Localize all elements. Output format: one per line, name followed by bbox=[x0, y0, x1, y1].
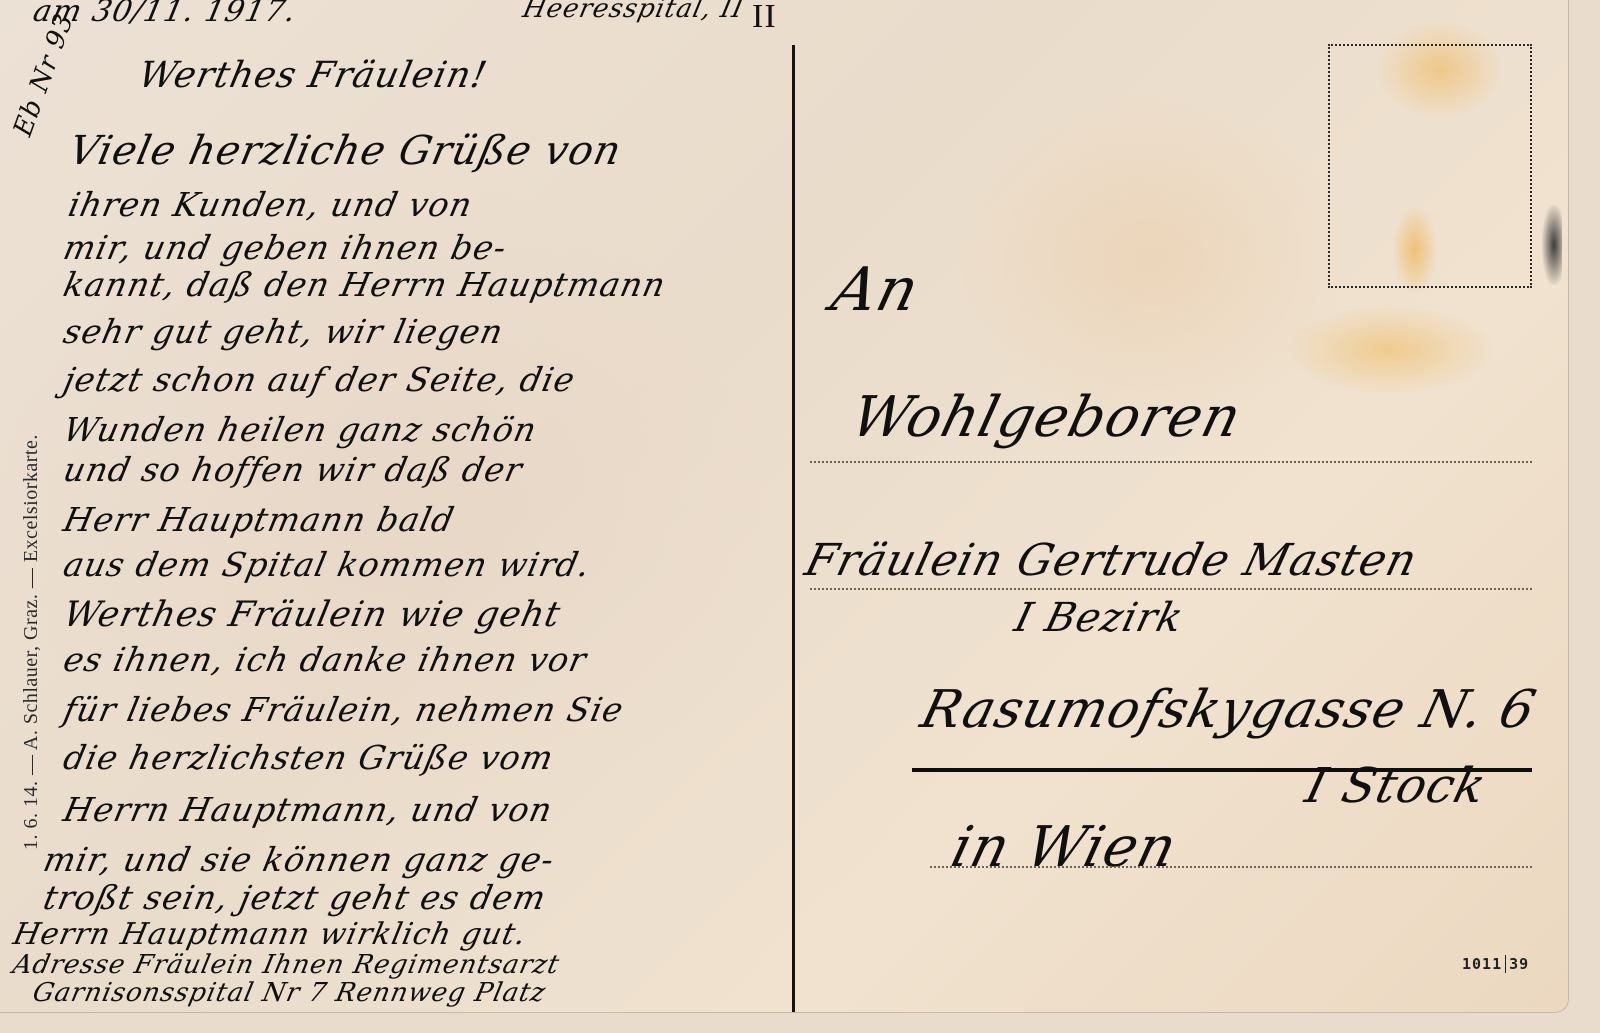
margin-note: Eb Nr 93 bbox=[8, 9, 80, 140]
address-dotted-line-3 bbox=[930, 866, 1532, 868]
address-city: in Wien bbox=[945, 815, 1184, 880]
message-line: mir, und geben ihnen be- bbox=[60, 228, 511, 267]
message-greeting: Werthes Fräulein! bbox=[135, 55, 491, 96]
publisher-imprint: 1. 6. 14. — A. Schlauer, Graz. — Excelsi… bbox=[20, 150, 43, 850]
address-salutation: An bbox=[825, 255, 926, 325]
message-line: ihren Kunden, und von bbox=[65, 185, 476, 224]
catalog-separator bbox=[1505, 955, 1506, 973]
message-line: Wunden heilen ganz schön bbox=[60, 410, 541, 449]
address-dotted-line-2 bbox=[810, 588, 1532, 590]
message-line: Herrn Hauptmann, und von bbox=[60, 790, 556, 829]
message-line: für liebes Fräulein, nehmen Sie bbox=[60, 690, 628, 729]
message-line: aus dem Spital kommen wird. bbox=[60, 545, 594, 584]
address-dotted-line-1 bbox=[810, 461, 1532, 463]
message-line: sehr gut geht, wir liegen bbox=[60, 312, 507, 351]
message-line: Viele herzliche Grüße von bbox=[65, 128, 626, 174]
address-floor: I Stock bbox=[1300, 758, 1492, 814]
message-line: mir, und sie können ganz ge- bbox=[40, 840, 558, 879]
center-divider bbox=[792, 45, 795, 1012]
stamp-box bbox=[1328, 44, 1532, 288]
message-line: troßt sein, jetzt geht es dem bbox=[40, 878, 550, 917]
postcard-back: am 30/11. 1917. Heeresspital, II Eb Nr 9… bbox=[0, 0, 1569, 1013]
message-line: die herzlichsten Grüße vom bbox=[60, 738, 558, 777]
catalog-number: 101139 bbox=[1462, 955, 1529, 973]
message-line: Werthes Fräulein wie geht bbox=[60, 595, 564, 635]
address-title: Wohlgeboren bbox=[845, 385, 1248, 450]
catalog-number-left: 1011 bbox=[1462, 955, 1502, 973]
message-line: Herr Hauptmann bald bbox=[60, 500, 458, 539]
message-line: kannt, daß den Herrn Hauptmann bbox=[60, 265, 670, 304]
catalog-number-right: 39 bbox=[1509, 955, 1529, 973]
message-line: jetzt schon auf der Seite, die bbox=[60, 360, 579, 399]
roman-mark: II bbox=[752, 0, 777, 36]
top-right-note: Heeresspital, II bbox=[520, 0, 747, 24]
address-street: Rasumofskygasse N. 6 bbox=[915, 680, 1542, 740]
message-line: Adresse Fräulein Ihnen Regimentsarzt bbox=[10, 950, 562, 980]
address-district: I Bezirk bbox=[1010, 595, 1188, 641]
address-recipient: Fräulein Gertrude Masten bbox=[800, 535, 1423, 586]
postmark-smudge bbox=[1542, 205, 1562, 285]
message-line: Garnisonsspital Nr 7 Rennweg Platz bbox=[30, 978, 549, 1008]
message-line: es ihnen, ich danke ihnen vor bbox=[60, 640, 591, 679]
message-line: und so hoffen wir daß der bbox=[60, 450, 526, 489]
message-line: Herrn Hauptmann wirklich gut. bbox=[10, 917, 530, 952]
